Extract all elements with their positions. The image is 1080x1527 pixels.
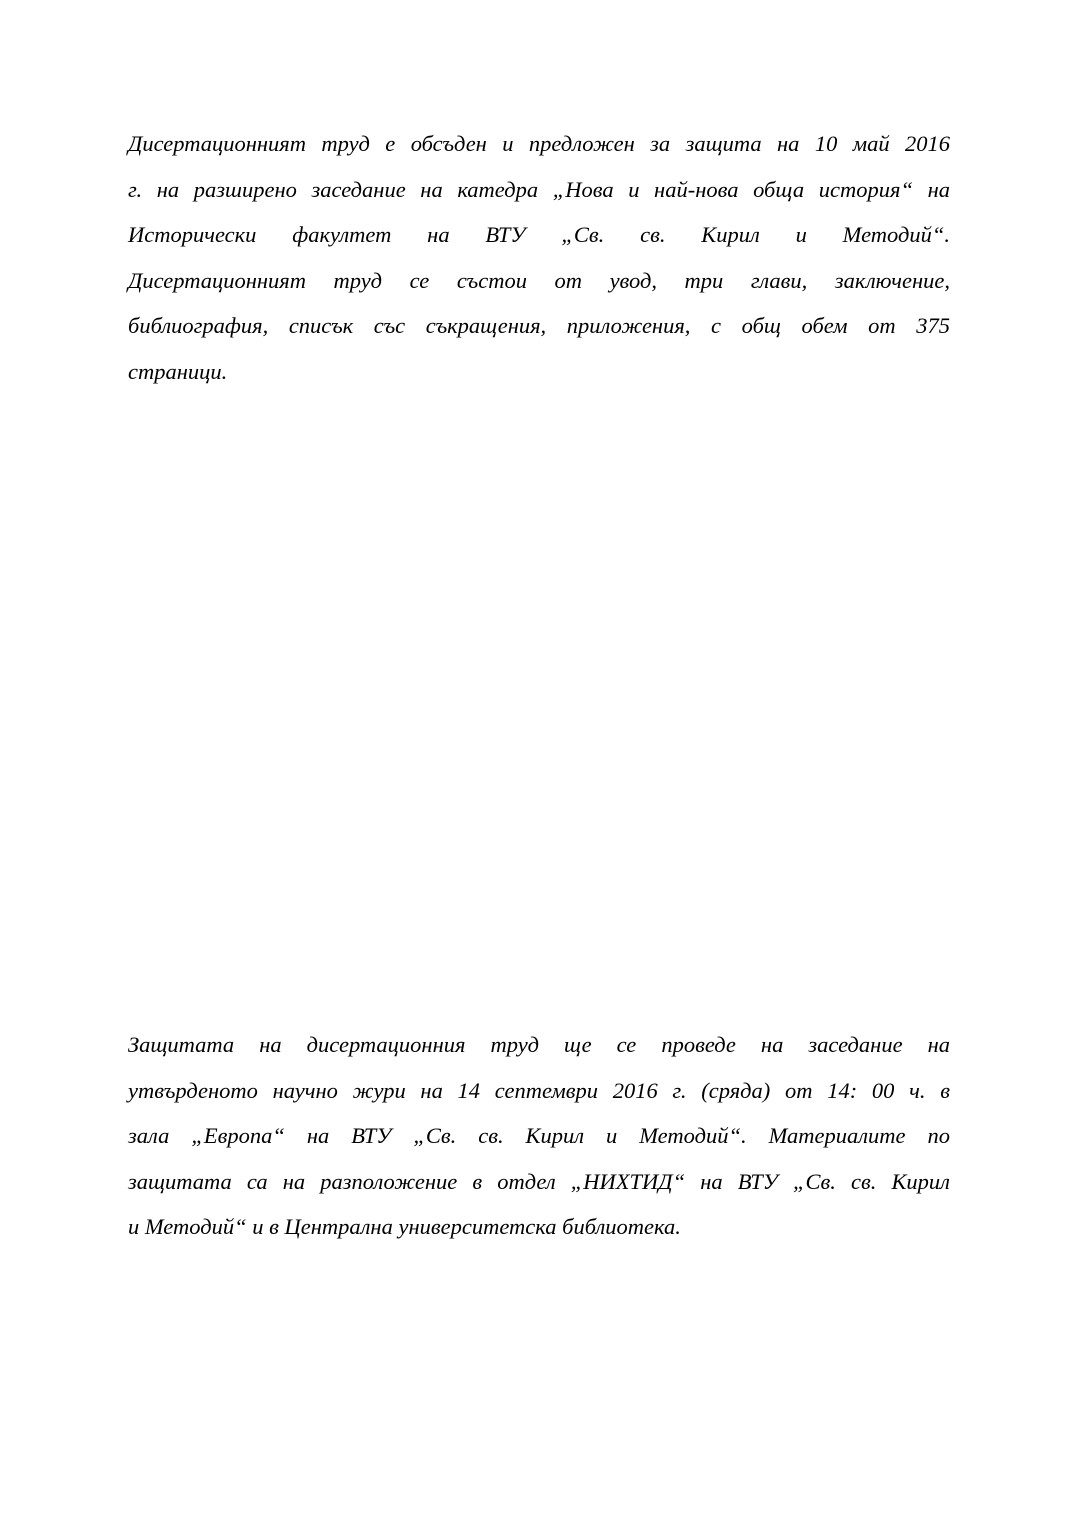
text-line: библиография, списък със съкращения, при… [128,303,950,349]
text-line: Защитата на дисертационния труд ще се пр… [128,1022,950,1068]
text-line: Исторически факултет на ВТУ „Св. св. Кир… [128,212,950,258]
text-line: зала „Европа“ на ВТУ „Св. св. Кирил и Ме… [128,1113,950,1159]
text-line: защитата са на разположение в отдел „НИХ… [128,1159,950,1205]
text-line: Дисертационният труд се състои от увод, … [128,258,950,304]
defense-announcement-paragraph: Защитата на дисертационния труд ще се пр… [128,1022,950,1250]
text-line: г. на разширено заседание на катедра „Но… [128,167,950,213]
text-line: страници. [128,349,950,395]
dissertation-discussion-paragraph: Дисертационният труд е обсъден и предлож… [128,121,950,394]
text-line: утвърденото научно жури на 14 септември … [128,1068,950,1114]
text-line: и Методий“ и в Централна университетска … [128,1204,950,1250]
text-line: Дисертационният труд е обсъден и предлож… [128,121,950,167]
